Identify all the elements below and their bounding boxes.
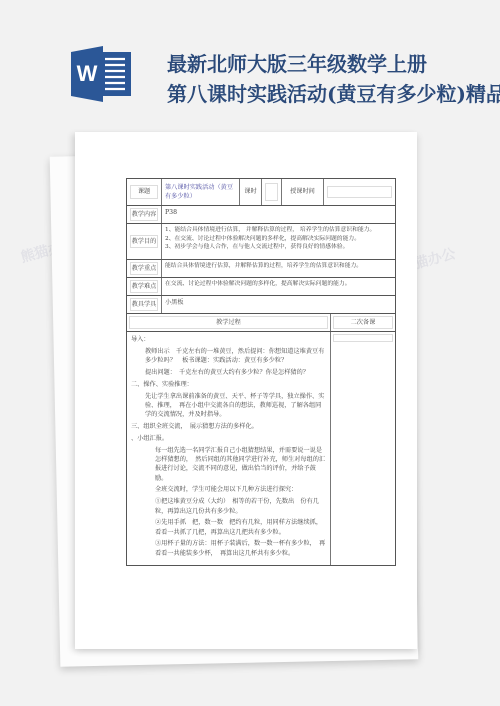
process-content: 导入： 教师出示 千克左右的一堆黄豆，然后提问：你想知道这堆黄豆有多少粒吗？ 板… [127, 332, 331, 564]
process-paragraph: 全班交流时，学生可能会用以下几种方法进行探究： [131, 485, 326, 494]
goal-item: 3、初步学会与他人合作，在与他人交流过程中，获得良好的情感体验。 [165, 243, 392, 252]
table-row-difficulties: 教学难点 在交流、讨论过程中体验解决问题的多样化，提高解决实际问题的能力。 [127, 278, 395, 296]
process-paragraph: 二、操作、实验推理： [131, 380, 326, 389]
topic-value-cell: 第八课时实践活动（黄豆有多少粒） [162, 179, 240, 205]
process-paragraph: 提出问题： 千克左右的黄豆大约有多少粒？你是怎样猜的？ [131, 368, 326, 377]
lesson-plan-table: 课题 第八课时实践活动（黄豆有多少粒） 课时 授课时间 教学内容 P38 教学目… [126, 178, 396, 566]
process-header-main: 教学过程 [129, 316, 328, 329]
tools-label: 教具学具 [130, 298, 158, 311]
period-label-cell: 课时 [240, 179, 262, 205]
document-title-line2: 第八课时实践活动(黄豆有多少粒)精品教 [167, 78, 500, 107]
table-row-tools: 教具学具 小黑板 [127, 296, 395, 314]
goals-label: 教学目的 [130, 235, 158, 248]
document-title-line1: 最新北师大版三年级数学上册 [167, 48, 427, 77]
difficulties-label: 教学难点 [130, 280, 158, 293]
table-row-key-points: 教学重点 能结合具体情境进行估算，并解释估算的过程，培养学生的估算意识和能力。 [127, 260, 395, 278]
process-paragraph: 三、组织全班交流， 展示猜想方法的多样化。 [131, 422, 326, 431]
difficulties-value: 在交流、讨论过程中体验解决问题的多样化，提高解决实际问题的能力。 [165, 281, 351, 287]
process-paragraph: ③用杯子量的方法：用杯子装满后，数一数一杯有多少粒， 再看看一共能装多少杯， 再… [131, 539, 326, 558]
process-paragraph: 导入： [131, 335, 326, 344]
process-paragraph: 、小组汇报。 [131, 434, 326, 443]
process-body: 导入： 教师出示 千克左右的一堆黄豆，然后提问：你想知道这堆黄豆有多少粒吗？ 板… [127, 332, 395, 564]
time-value-cell [324, 179, 395, 205]
process-header-side: 二次备课 [333, 316, 393, 329]
process-paragraph: 每一组先选一名同学汇报自己小组猜想结果，并需要说一说是怎样猜想的， 然后同组的其… [131, 446, 326, 483]
table-row-topic: 课题 第八课时实践活动（黄豆有多少粒） 课时 授课时间 [127, 179, 395, 206]
time-label-cell: 授课时间 [282, 179, 324, 205]
svg-text:W: W [77, 61, 98, 86]
key-points-value: 能结合具体情境进行估算，并解释估算的过程，培养学生的估算意识和能力。 [165, 263, 362, 269]
second-prep-column [331, 332, 395, 564]
content-value: P38 [165, 209, 177, 216]
key-points-label: 教学重点 [130, 262, 158, 275]
process-paragraph: ②先用手抓 把，数一数 把约有几粒，用同样方法继续抓，看看一共抓了几把，再算出这… [131, 518, 326, 537]
process-paragraph: ①把这堆黄豆分成（大约） 相等的若干份，先数出 份有几粒，再算出这几份共有多少粒… [131, 497, 326, 516]
document-header: W 最新北师大版三年级数学上册 第八课时实践活动(黄豆有多少粒)精品教 [0, 0, 500, 120]
process-header-row: 教学过程 二次备课 [127, 314, 395, 332]
goal-item: 1、能结合具体情境进行估算， 并解释估算的过程， 培养学生的估算意识和能力。 [165, 226, 392, 235]
topic-value: 第八课时实践活动（黄豆有多少粒） [165, 183, 236, 202]
word-icon: W [69, 44, 133, 104]
content-label: 教学内容 [130, 208, 158, 221]
process-paragraph: 先让学生拿出课前准备的黄豆、天平、杯子等学具，独立操作、实验、推理， 再在小组中… [131, 392, 326, 420]
period-value-cell [262, 179, 282, 205]
goal-item: 2、在交流、讨论过程中体验解决问题的多样化，提高解决实际问题的能力。 [165, 235, 392, 244]
second-prep-box [333, 334, 393, 342]
tools-value: 小黑板 [165, 299, 184, 306]
table-row-goals: 教学目的 1、能结合具体情境进行估算， 并解释估算的过程， 培养学生的估算意识和… [127, 224, 395, 260]
table-row-content: 教学内容 P38 [127, 206, 395, 224]
process-paragraph: 教师出示 千克左右的一堆黄豆，然后提问：你想知道这堆黄豆有多少粒吗？ 板书课题：… [131, 347, 326, 366]
topic-label-cell: 课题 [127, 179, 162, 205]
